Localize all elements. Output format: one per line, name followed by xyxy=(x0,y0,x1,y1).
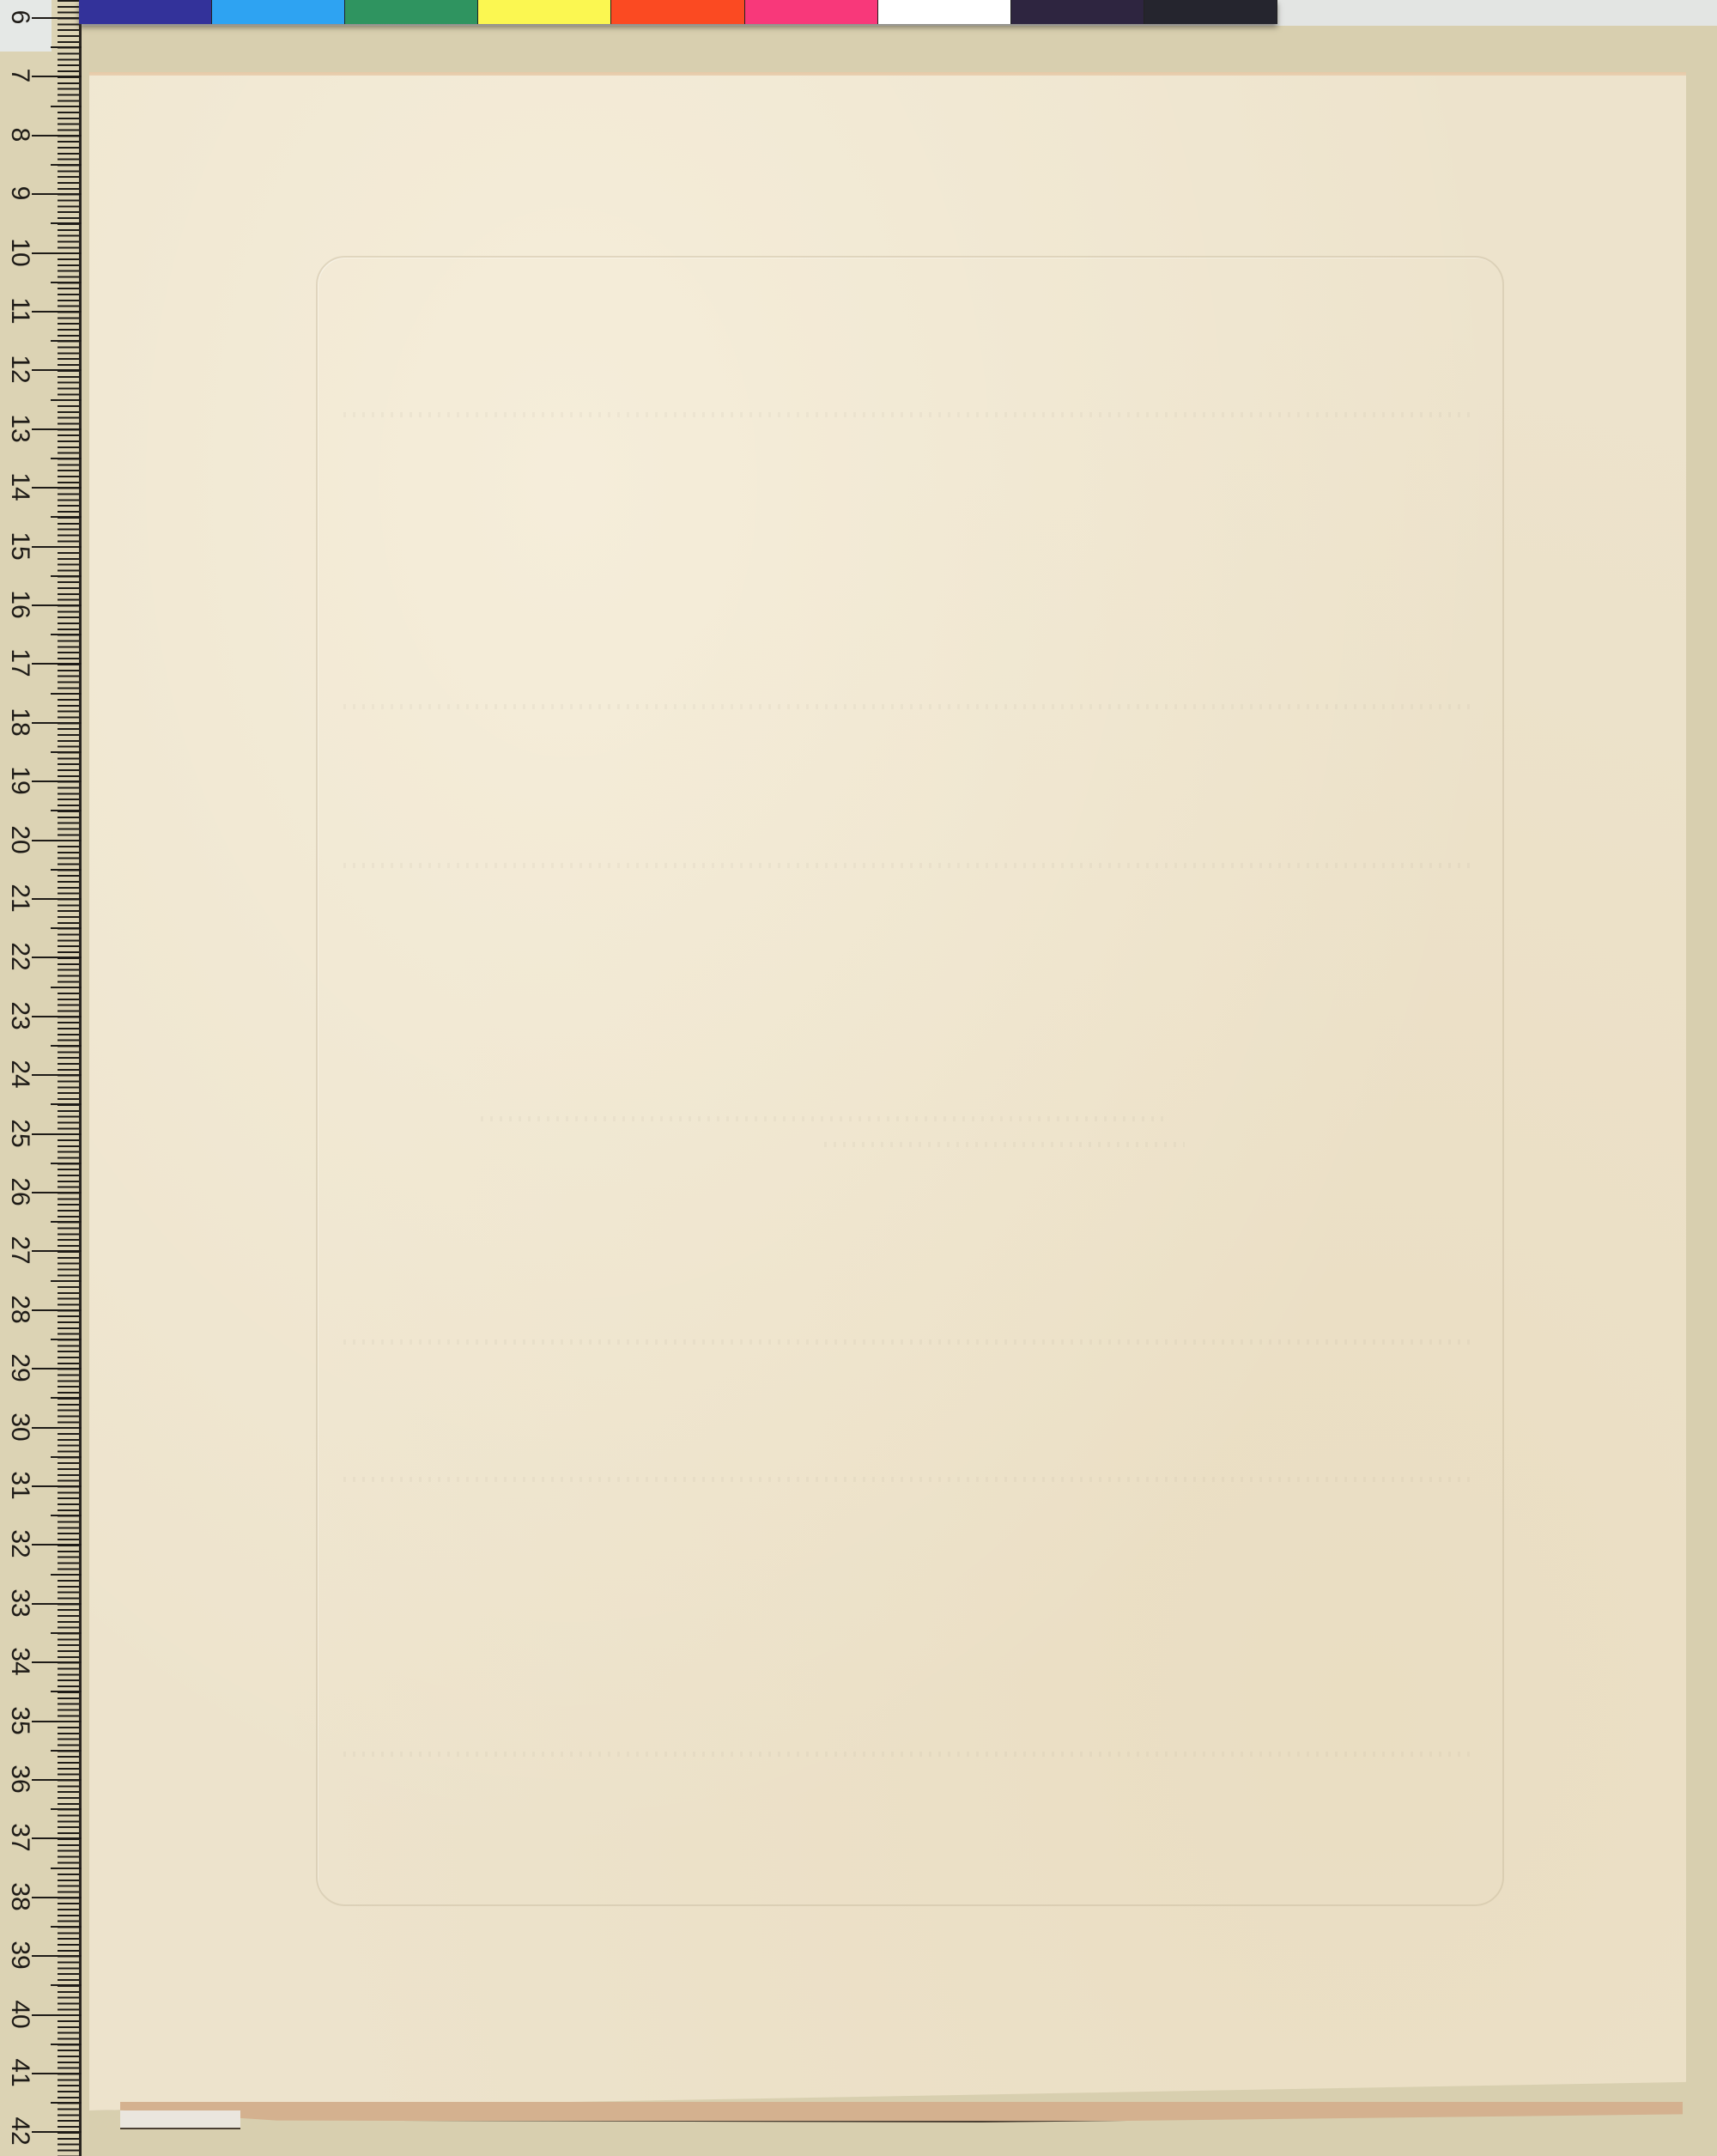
swatch-dark-purple xyxy=(1011,0,1144,24)
ruler-label: 34 xyxy=(5,1647,34,1676)
measurement-ruler: 6789101112131415161718192021222324252627… xyxy=(0,0,82,2156)
swatch-red xyxy=(611,0,744,24)
ruler-label: 31 xyxy=(5,1471,34,1500)
ruler-cm-tick xyxy=(32,252,82,254)
ruler-half-cm-tick xyxy=(51,575,82,577)
ruler-cm-tick xyxy=(32,1955,82,1957)
ruler-label: 9 xyxy=(5,179,34,208)
ruler-half-cm-tick xyxy=(51,1103,82,1105)
ruler-label: 15 xyxy=(5,531,34,561)
show-through-line xyxy=(824,1142,1185,1147)
show-through-line xyxy=(343,1752,1477,1757)
ruler-cm-tick xyxy=(32,1133,82,1135)
ruler-label: 36 xyxy=(5,1764,34,1794)
ruler-half-cm-tick xyxy=(51,516,82,518)
ruler-half-cm-tick xyxy=(51,1632,82,1634)
ruler-half-cm-tick xyxy=(51,458,82,459)
ruler-label: 40 xyxy=(5,2000,34,2029)
ruler-half-cm-tick xyxy=(51,340,82,342)
ruler-half-cm-tick xyxy=(51,1456,82,1458)
ruler-label: 20 xyxy=(5,825,34,854)
ruler-cm-tick xyxy=(32,1074,82,1076)
show-through-line xyxy=(343,704,1477,709)
ruler-cm-tick xyxy=(32,546,82,548)
ruler-cm-tick xyxy=(32,1721,82,1722)
ruler-cm-tick xyxy=(32,2131,82,2133)
ruler-cm-tick xyxy=(32,1250,82,1252)
ruler-label: 30 xyxy=(5,1412,34,1442)
ruler-label: 12 xyxy=(5,355,34,384)
ruler-half-cm-tick xyxy=(51,1221,82,1223)
ruler-cm-tick xyxy=(32,1485,82,1487)
show-through-line xyxy=(343,1339,1477,1345)
ruler-half-cm-tick xyxy=(51,1926,82,1928)
ruler-half-cm-tick xyxy=(51,2102,82,2104)
ruler-cm-tick xyxy=(32,1192,82,1193)
ruler-mm-ticks xyxy=(47,0,82,2156)
ruler-half-cm-tick xyxy=(51,1868,82,1869)
ruler-half-cm-tick xyxy=(51,869,82,871)
ruler-half-cm-tick xyxy=(51,693,82,695)
ruler-half-cm-tick xyxy=(51,1984,82,1986)
ruler-half-cm-tick xyxy=(51,106,82,107)
ruler-label: 29 xyxy=(5,1353,34,1382)
ruler-cm-tick xyxy=(32,604,82,606)
ruler-half-cm-tick xyxy=(51,46,82,48)
ruler-cm-tick xyxy=(32,840,82,841)
ruler-half-cm-tick xyxy=(51,810,82,811)
ruler-cm-tick xyxy=(32,1427,82,1429)
ruler-cm-tick xyxy=(32,487,82,489)
ruler-cm-tick xyxy=(32,1661,82,1663)
ruler-label: 38 xyxy=(5,1882,34,1911)
ruler-label: 27 xyxy=(5,1236,34,1265)
ruler-label: 19 xyxy=(5,766,34,795)
ruler-half-cm-tick xyxy=(51,987,82,988)
ruler-label: 37 xyxy=(5,1823,34,1852)
swatch-blue xyxy=(79,0,212,24)
ruler-cm-tick xyxy=(32,1837,82,1839)
ruler-cm-tick xyxy=(32,369,82,371)
ruler-half-cm-tick xyxy=(51,222,82,224)
ruler-cm-tick xyxy=(32,898,82,900)
ruler-half-cm-tick xyxy=(51,1163,82,1164)
show-through-line xyxy=(481,1116,1168,1121)
ruler-half-cm-tick xyxy=(51,1280,82,1282)
ruler-label: 13 xyxy=(5,414,34,443)
swatch-magenta xyxy=(745,0,878,24)
ruler-label: 26 xyxy=(5,1177,34,1206)
ruler-label: 6 xyxy=(5,3,34,32)
ruler-cm-tick xyxy=(32,663,82,665)
show-through-line xyxy=(343,412,1477,417)
show-through-line xyxy=(343,863,1477,868)
ruler-label: 35 xyxy=(5,1706,34,1735)
ruler-label: 41 xyxy=(5,2058,34,2087)
ruler-label: 18 xyxy=(5,708,34,737)
ruler-half-cm-tick xyxy=(51,164,82,166)
ruler-half-cm-tick xyxy=(51,751,82,753)
ruler-label: 21 xyxy=(5,884,34,913)
swatch-black xyxy=(1144,0,1277,24)
ruler-half-cm-tick xyxy=(51,399,82,401)
swatch-green xyxy=(345,0,478,24)
paper-bottom-torn-corner xyxy=(120,2110,240,2129)
ruler-label: 7 xyxy=(5,61,34,90)
ruler-cm-tick xyxy=(32,1603,82,1605)
ruler-half-cm-tick xyxy=(51,1339,82,1340)
ruler-cm-tick xyxy=(32,2014,82,2016)
ruler-cm-tick xyxy=(32,1309,82,1311)
ruler-half-cm-tick xyxy=(51,1045,82,1047)
ruler-cm-tick xyxy=(32,76,82,77)
ruler-half-cm-tick xyxy=(51,1574,82,1576)
ruler-half-cm-tick xyxy=(51,1808,82,1810)
ruler-label: 32 xyxy=(5,1529,34,1558)
ruler-half-cm-tick xyxy=(51,1750,82,1752)
ruler-label: 42 xyxy=(5,2117,34,2146)
ruler-half-cm-tick xyxy=(51,1691,82,1692)
ruler-half-cm-tick xyxy=(51,634,82,635)
swatch-white xyxy=(878,0,1011,24)
ruler-half-cm-tick xyxy=(51,2044,82,2045)
ruler-cm-tick xyxy=(32,2073,82,2074)
ruler-label: 16 xyxy=(5,590,34,619)
ruler-cm-tick xyxy=(32,428,82,430)
ruler-cm-tick xyxy=(32,1016,82,1017)
ruler-cm-tick xyxy=(32,1897,82,1898)
swatch-cyan xyxy=(212,0,345,24)
ruler-label: 24 xyxy=(5,1060,34,1089)
ruler-label: 17 xyxy=(5,648,34,677)
ruler-label: 28 xyxy=(5,1295,34,1324)
plate-mark xyxy=(316,256,1504,1906)
ruler-cm-tick xyxy=(32,780,82,782)
ruler-cm-tick xyxy=(32,17,82,19)
ruler-cm-tick xyxy=(32,193,82,195)
ruler-label: 39 xyxy=(5,1940,34,1970)
ruler-cm-tick xyxy=(32,311,82,313)
ruler-label: 22 xyxy=(5,942,34,971)
ruler-half-cm-tick xyxy=(51,1515,82,1516)
show-through-line xyxy=(343,1477,1477,1482)
ruler-cm-tick xyxy=(32,957,82,958)
ruler-cm-tick xyxy=(32,722,82,724)
ruler-label: 11 xyxy=(5,296,34,325)
ruler-label: 10 xyxy=(5,238,34,267)
ruler-half-cm-tick xyxy=(51,282,82,283)
ruler-cm-tick xyxy=(32,1368,82,1370)
ruler-label: 25 xyxy=(5,1119,34,1148)
ruler-cm-tick xyxy=(32,135,82,137)
swatch-yellow xyxy=(478,0,611,24)
ruler-half-cm-tick xyxy=(51,927,82,929)
ruler-cm-tick xyxy=(32,1544,82,1546)
ruler-edge xyxy=(79,0,82,2156)
ruler-label: 14 xyxy=(5,472,34,501)
ruler-label: 33 xyxy=(5,1588,34,1618)
color-calibration-chart xyxy=(79,0,1277,24)
ruler-label: 23 xyxy=(5,1001,34,1030)
ruler-cm-tick xyxy=(32,1779,82,1781)
ruler-half-cm-tick xyxy=(51,1397,82,1399)
ruler-label: 8 xyxy=(5,120,34,149)
